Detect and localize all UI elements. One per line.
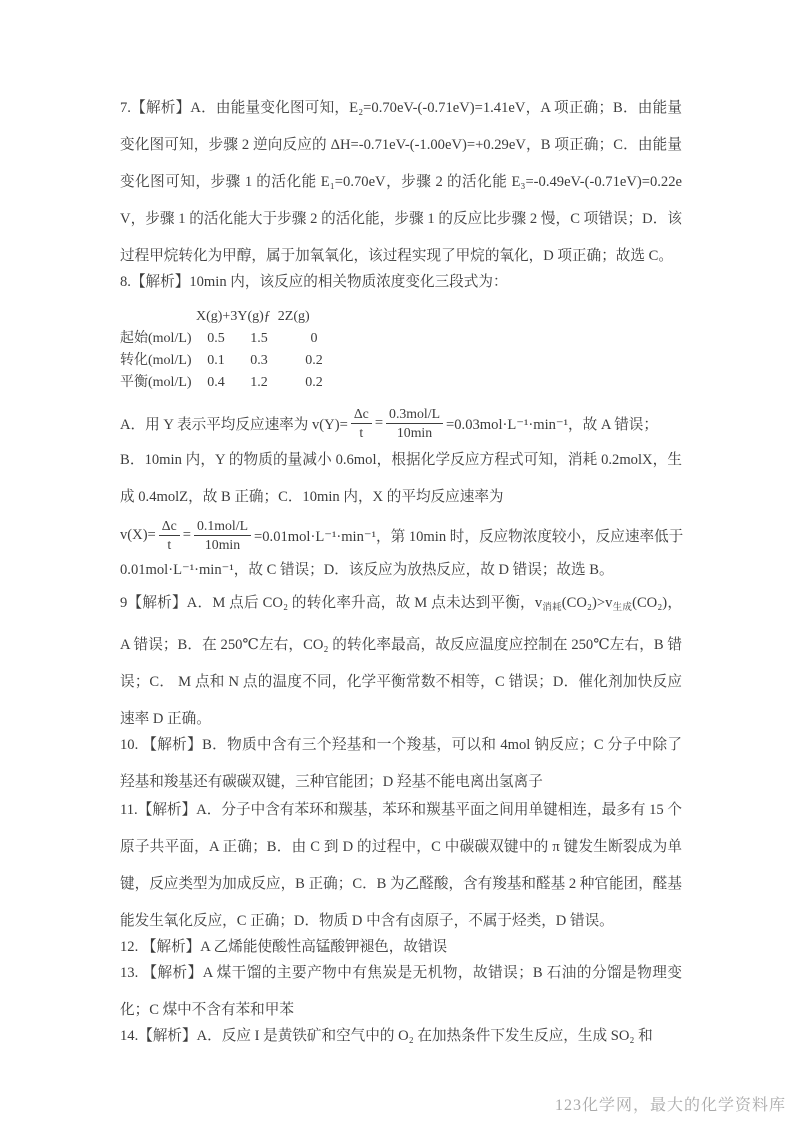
text-segment: (CO₂)，A 错误；B．在 250℃左右，CO₂ 的转化率最高，故反应温度应控… <box>120 595 682 727</box>
table-cell: 0 <box>282 328 346 350</box>
text-segment: (CO₂)>v <box>562 595 613 611</box>
formula-suffix: =0.03mol·L⁻¹·min⁻¹，故 A 错误； <box>446 413 658 434</box>
solution-10-text: 10. 【解析】B．物质中含有三个羟基和一个羧基，可以和 4mol 钠反应；C … <box>120 727 682 801</box>
fraction: 0.3mol/L 10min <box>386 405 443 440</box>
fraction-denominator: t <box>164 536 174 553</box>
table-cell: 1.5 <box>236 328 282 350</box>
formula-prefix: v(X)= <box>120 527 156 544</box>
solution-8-option-a-formula: A．用 Y 表示平均反应速率为 v(Y)= Δc t = 0.3mol/L 10… <box>120 400 682 446</box>
subscript-label: 生成 <box>612 603 632 613</box>
solution-7-text: 7.【解析】A．由能量变化图可知，E₂=0.70eV-(-0.71eV)=1.4… <box>120 90 682 275</box>
table-row: 起始(mol/L) 0.5 1.5 0 <box>120 328 682 350</box>
table-row-label: 转化(mol/L) <box>120 350 196 372</box>
formula-prefix: A．用 Y 表示平均反应速率为 v(Y)= <box>120 413 348 434</box>
equals-sign: = <box>375 415 383 432</box>
table-cell: 0.3 <box>236 350 282 372</box>
table-row: 平衡(mol/L) 0.4 1.2 0.2 <box>120 372 682 394</box>
fraction-numerator: 0.3mol/L <box>386 405 443 423</box>
watermark-site-credit: 123化学网，最大的化学资料库 <box>555 1092 786 1115</box>
text-segment: 9【解析】A．M 点后 CO₂ 的转化率升高，故 M 点未达到平衡，v <box>120 595 542 611</box>
solution-9-text: 9【解析】A．M 点后 CO₂ 的转化率升高，故 M 点未达到平衡，v消耗(CO… <box>120 585 682 738</box>
fraction-denominator: t <box>356 424 366 441</box>
table-cell: 0.1 <box>196 350 236 372</box>
subscript-label: 消耗 <box>542 603 562 613</box>
equals-sign: = <box>183 527 191 544</box>
table-equation: X(g)+3Y(g)ƒ 2Z(g) <box>196 306 682 328</box>
fraction-denominator: 10min <box>394 424 435 441</box>
formula-suffix: =0.01mol·L⁻¹·min⁻¹，第 10min 时，反应物浓度较小，反应速… <box>254 525 683 546</box>
fraction: Δc t <box>159 517 180 552</box>
solution-14-text: 14.【解析】A．反应 I 是黄铁矿和空气中的 O₂ 在加热条件下发生反应，生成… <box>120 1018 682 1055</box>
table-cell: 0.5 <box>196 328 236 350</box>
page-content: 7.【解析】A．由能量变化图可知，E₂=0.70eV-(-0.71eV)=1.4… <box>120 90 682 1055</box>
three-stage-table: X(g)+3Y(g)ƒ 2Z(g) 起始(mol/L) 0.5 1.5 0 转化… <box>120 306 682 394</box>
table-row-label: 平衡(mol/L) <box>120 372 196 394</box>
fraction-numerator: Δc <box>159 517 180 535</box>
solution-8-option-b-text: B．10min 内，Y 的物质的量减小 0.6mol，根据化学反应方程式可知，消… <box>120 442 682 516</box>
solution-8-conclusion-text: 0.01mol·L⁻¹·min⁻¹，故 C 错误；D．该反应为放热反应，故 D … <box>120 552 682 589</box>
table-cell: 0.2 <box>282 372 346 394</box>
table-row: 转化(mol/L) 0.1 0.3 0.2 <box>120 350 682 372</box>
table-cell: 0.4 <box>196 372 236 394</box>
fraction: Δc t <box>351 405 372 440</box>
table-cell: 0.2 <box>282 350 346 372</box>
fraction-numerator: Δc <box>351 405 372 423</box>
fraction: 0.1mol/L 10min <box>194 517 251 552</box>
table-cell: 1.2 <box>236 372 282 394</box>
table-row-label: 起始(mol/L) <box>120 328 196 350</box>
fraction-denominator: 10min <box>202 536 243 553</box>
solution-11-text: 11.【解析】A．分子中含有苯环和羰基，苯环和羰基平面之间用单键相连，最多有 1… <box>120 792 682 940</box>
fraction-numerator: 0.1mol/L <box>194 517 251 535</box>
scanned-answer-page: 7.【解析】A．由能量变化图可知，E₂=0.70eV-(-0.71eV)=1.4… <box>0 0 794 1123</box>
